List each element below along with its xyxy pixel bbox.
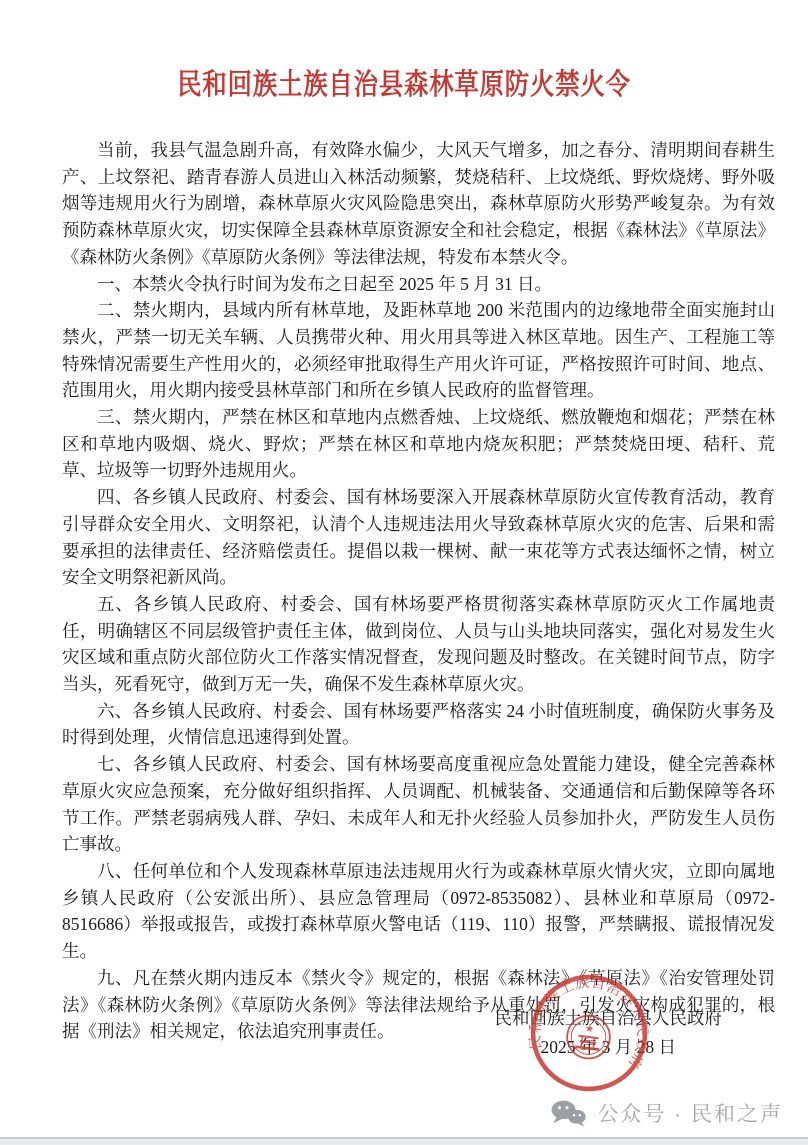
- document-page: 民和回族土族自治县森林草原防火禁火令 当前，我县气温急剧升高，有效降水偏少，大风…: [0, 0, 808, 1145]
- body-paragraph: 当前，我县气温急剧升高，有效降水偏少，大风天气增多，加之春分、清明期间春耕生产、…: [62, 137, 775, 271]
- body-paragraph: 三、禁火期内，严禁在林区和草地内点燃香烛、上坟烧纸、燃放鞭炮和烟花；严禁在林区和…: [62, 404, 775, 484]
- body-paragraph: 八、任何单位和个人发现森林草原违法违规用火行为或森林草原火情火灾，立即向属地乡镇…: [62, 858, 775, 965]
- body-paragraph: 七、各乡镇人民政府、村委会、国有林场要高度重视应急处置能力建设，健全完善森林草原…: [62, 751, 775, 858]
- document-body: 当前，我县气温急剧升高，有效降水偏少，大风天气增多，加之春分、清明期间春耕生产、…: [62, 137, 775, 1045]
- document-title-text: 民和回族土族自治县森林草原防火禁火令: [177, 62, 631, 103]
- bottom-edge-divider: [0, 1137, 808, 1145]
- wechat-icon: [549, 1098, 587, 1128]
- footer-label: 公众号 · 民和之声: [597, 1098, 783, 1128]
- body-paragraph: 二、禁火期内，县域内所有林草地，及距林草地 200 米范围内的边缘地带全面实施封…: [62, 297, 775, 404]
- signature-block: 民和回族土族自治县人民政府 2025 年 3 月 28 日: [495, 1004, 723, 1062]
- footer-watermark: 公众号 · 民和之声: [0, 1098, 783, 1128]
- document-title: 民和回族土族自治县森林草原防火禁火令: [0, 62, 808, 103]
- body-paragraph: 六、各乡镇人民政府、村委会、国有林场要严格落实 24 小时值班制度，确保防火事务…: [62, 698, 775, 751]
- body-paragraph: 五、各乡镇人民政府、村委会、国有林场要严格贯彻落实森林草原防灭火工作属地责任，明…: [62, 591, 775, 698]
- body-paragraph: 一、本禁火令执行时间为发布之日起至 2025 年 5 月 31 日。: [62, 271, 775, 298]
- signature-issuer: 民和回族土族自治县人民政府: [495, 1004, 723, 1033]
- body-paragraph: 四、各乡镇人民政府、村委会、国有林场要深入开展森林草原防火宣传教育活动，教育引导…: [62, 484, 775, 591]
- signature-date: 2025 年 3 月 28 日: [495, 1033, 723, 1062]
